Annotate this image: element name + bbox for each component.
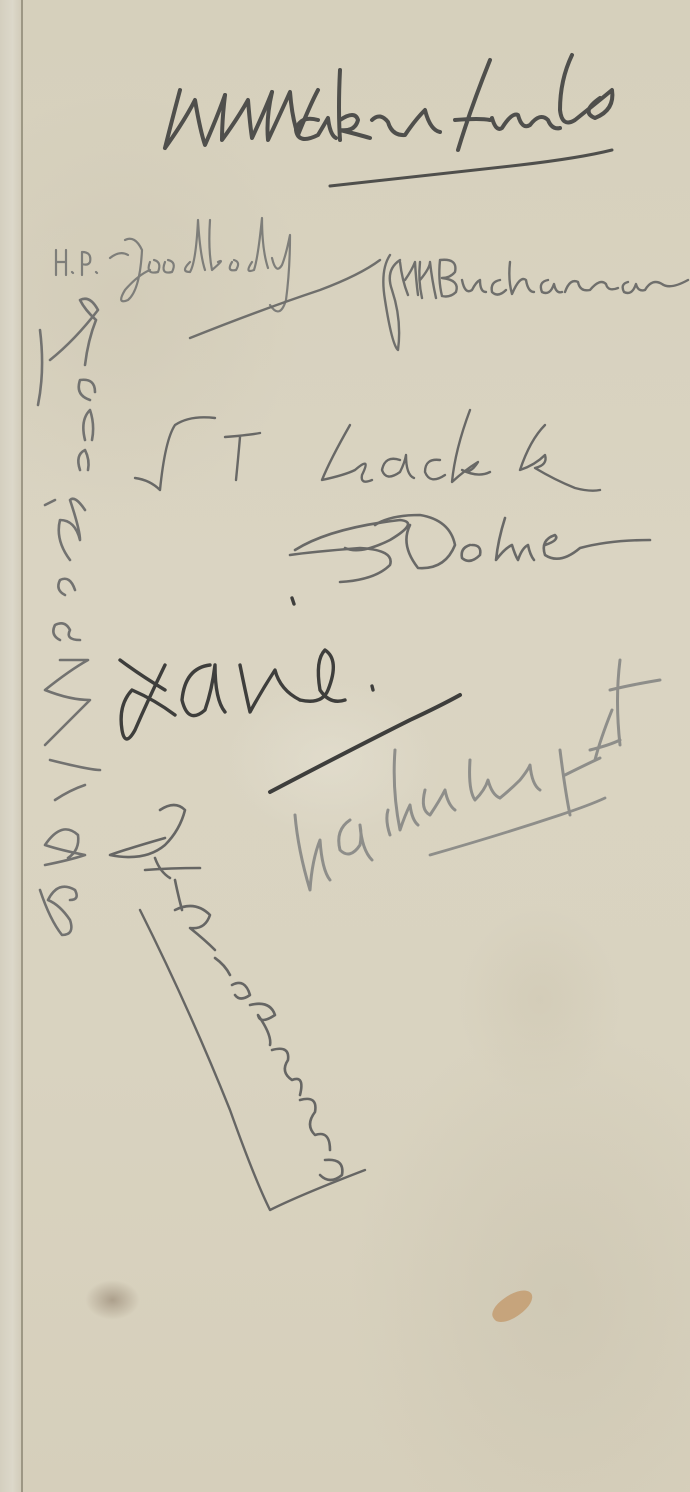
- signature-voyce: [135, 410, 600, 491]
- autograph-page: W.W. Wakefield H.P. Goodbody J.A.R. Buch…: [0, 0, 690, 1492]
- signature-davies: [290, 515, 650, 582]
- signature-mackintosh: [38, 299, 100, 935]
- signature-kershaw: [120, 598, 460, 792]
- signature-goodbody: [56, 218, 290, 311]
- signature-richmond: [110, 805, 365, 1210]
- signature-buchanan: [190, 255, 688, 350]
- signature-wakefield: [165, 55, 612, 186]
- signature-nisbet: [295, 660, 660, 890]
- signatures-layer: [0, 0, 690, 1492]
